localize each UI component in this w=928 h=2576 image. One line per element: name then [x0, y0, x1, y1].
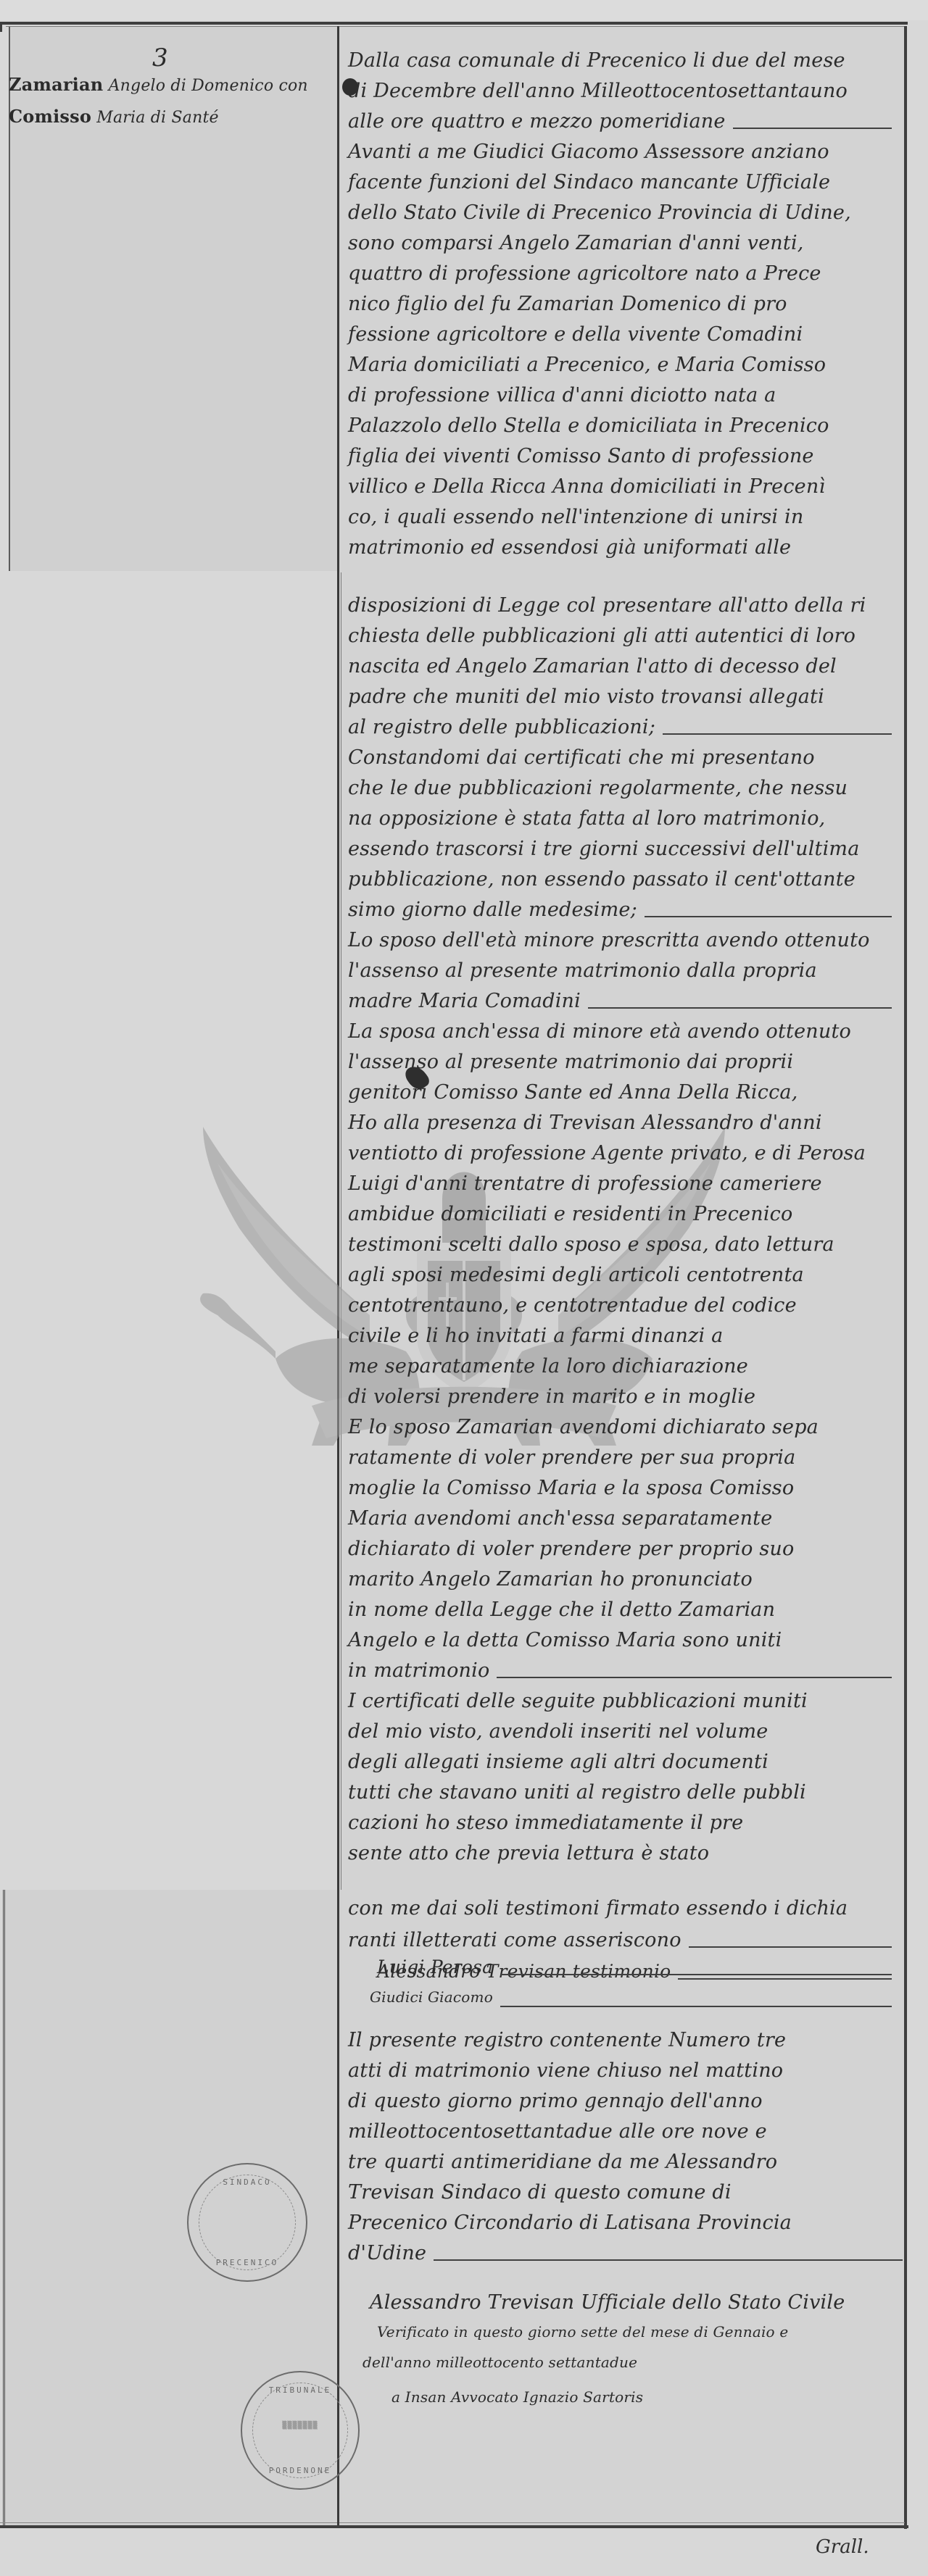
- text-line: in nome della Legge che il detto Zamaria…: [348, 1598, 775, 1621]
- text-line: civile e li ho invitati a farmi dinanzi …: [348, 1325, 723, 1347]
- groom-surname: Zamarian: [9, 74, 103, 95]
- text-line: nascita ed Angelo Zamarian l'atto di dec…: [348, 655, 837, 678]
- margin-heading-line-1: Zamarian Angelo di Domenico con: [9, 74, 308, 95]
- text-line: co, i quali essendo nell'intenzione di u…: [348, 506, 803, 528]
- text-line: che le due pubblicazioni regolarmente, c…: [348, 777, 848, 799]
- line-fill-rule: [434, 2259, 903, 2261]
- text-line: agli sposi medesimi degli articoli cento…: [348, 1264, 804, 1286]
- text-line: La sposa anch'essa di minore età avendo …: [348, 1020, 851, 1043]
- frame-bottom-rule: [0, 2525, 908, 2528]
- frame-right-rule: [904, 26, 907, 2529]
- frame-top-rule-thin: [6, 26, 905, 27]
- tribunal-seal-stamp: TRIBUNALE ▒▒▒▒▒▒▒ PORDENONE: [241, 2371, 360, 2490]
- text-line: Luigi d'anni trentatre di professione ca…: [348, 1172, 822, 1195]
- text-line: matrimonio ed essendosi già uniformati a…: [348, 536, 791, 559]
- text-line: Avanti a me Giudici Giacomo Assessore an…: [348, 141, 829, 163]
- text-line: na opposizione è stata fatta al loro mat…: [348, 807, 825, 830]
- text-line: dell'anno milleottocento settantadue: [362, 2354, 637, 2371]
- municipal-seal-stamp: SINDACO PRECENICO: [187, 2163, 307, 2282]
- text-line: Ho alla presenza di Trevisan Alessandro …: [348, 1112, 822, 1134]
- text-line: di professione villica d'anni diciotto n…: [348, 384, 776, 407]
- text-line: chiesta delle pubblicazioni gli atti aut…: [348, 625, 855, 647]
- text-line: quattro di professione agricoltore nato …: [348, 262, 821, 285]
- text-line: di questo giorno primo gennajo dell'anno: [348, 2090, 763, 2112]
- text-line: Il presente registro contenente Numero t…: [348, 2029, 786, 2051]
- line-fill-rule: [689, 1946, 892, 1948]
- text-line: al registro delle pubblicazioni;: [348, 716, 655, 738]
- text-line: di Decembre dell'anno Milleottocentosett…: [348, 80, 848, 102]
- text-line: testimoni scelti dallo sposo e sposa, da…: [348, 1233, 834, 1256]
- line-fill-rule: [645, 916, 892, 917]
- text-line: con me dai soli testimoni firmato essend…: [348, 1897, 848, 1920]
- text-line: dichiarato di voler prendere per proprio…: [348, 1538, 794, 1560]
- text-line: Giudici Giacomo: [370, 1988, 493, 2006]
- text-line: me separatamente la loro dichiarazione: [348, 1355, 748, 1377]
- text-line: sono comparsi Angelo Zamarian d'anni ven…: [348, 232, 804, 254]
- text-line: Luigi Perosa: [377, 1956, 493, 1977]
- text-line: atti di matrimonio viene chiuso nel matt…: [348, 2059, 783, 2082]
- text-line: Lo sposo dell'età minore prescritta aven…: [348, 929, 870, 951]
- line-fill-rule: [588, 1007, 892, 1009]
- line-fill-rule: [663, 733, 892, 735]
- text-line: nico figlio del fu Zamarian Domenico di …: [348, 293, 787, 315]
- line-fill-rule: [678, 1978, 892, 1980]
- text-line: milleottocentosettantadue alle ore nove …: [348, 2120, 767, 2143]
- footer-signature: Grall.: [816, 2536, 869, 2558]
- line-fill-rule: [500, 2006, 892, 2007]
- text-line: disposizioni di Legge col presentare all…: [348, 594, 866, 617]
- text-line: moglie la Comisso Maria e la sposa Comis…: [348, 1477, 794, 1499]
- text-line: pubblicazione, non essendo passato il ce…: [348, 868, 855, 891]
- entry-number: 3: [152, 43, 168, 72]
- text-line: E lo sposo Zamarian avendomi dichiarato …: [348, 1416, 819, 1438]
- text-line: centotrentauno, e centotrentadue del cod…: [348, 1294, 797, 1317]
- text-line: Palazzolo dello Stella e domiciliata in …: [348, 414, 829, 437]
- margin-heading-line-2: Comisso Maria di Santé: [9, 106, 219, 127]
- text-line: in matrimonio: [348, 1659, 489, 1682]
- text-line: Verificato in questo giorno sette del me…: [377, 2323, 788, 2341]
- line-fill-rule: [497, 1677, 892, 1678]
- text-line: tre quarti antimeridiane da me Alessandr…: [348, 2151, 777, 2173]
- text-line: Alessandro Trevisan Ufficiale dello Stat…: [370, 2291, 845, 2314]
- text-line: del mio visto, avendoli inseriti nel vol…: [348, 1720, 768, 1743]
- groom-name: Angelo di Domenico con: [109, 77, 308, 95]
- text-line: ratamente di voler prendere per sua prop…: [348, 1446, 795, 1469]
- text-line: di volersi prendere in marito e in mogli…: [348, 1385, 755, 1408]
- text-line: Maria avendomi anch'essa separatamente: [348, 1507, 772, 1530]
- text-line: tutti che stavano uniti al registro dell…: [348, 1781, 806, 1804]
- frame-bottom-rule-thin: [0, 2522, 905, 2523]
- text-line: dello Stato Civile di Precenico Provinci…: [348, 201, 851, 224]
- page-top-margin: [0, 0, 928, 20]
- text-line: figlia dei viventi Comisso Santo di prof…: [348, 445, 814, 467]
- bride-surname: Comisso: [9, 106, 91, 127]
- text-line: facente funzioni del Sindaco mancante Uf…: [348, 171, 830, 193]
- text-line: ventiotto di professione Agente privato,…: [348, 1142, 866, 1164]
- text-line: fessione agricoltore e della vivente Com…: [348, 323, 803, 346]
- text-line: Trevisan Sindaco di questo comune di: [348, 2181, 732, 2204]
- text-line: padre che muniti del mio visto trovansi …: [348, 685, 824, 708]
- text-line: degli allegati insieme agli altri docume…: [348, 1751, 768, 1773]
- column-divider: [337, 26, 339, 2525]
- text-line: Maria domiciliati a Precenico, e Maria C…: [348, 354, 826, 376]
- bride-name: Maria di Santé: [96, 109, 218, 127]
- text-line: simo giorno dalle medesime;: [348, 899, 637, 921]
- text-line: essendo trascorsi i tre giorni successiv…: [348, 838, 860, 860]
- column-divider-thin: [341, 572, 341, 1890]
- text-line: ranti illetterati come asseriscono: [348, 1929, 681, 1951]
- text-line: d'Udine: [348, 2242, 426, 2264]
- text-line: Precenico Circondario di Latisana Provin…: [348, 2212, 792, 2234]
- text-line: villico e Della Ricca Anna domiciliati i…: [348, 475, 825, 498]
- ink-blot: [342, 78, 358, 96]
- text-line: a Insan Avvocato Ignazio Sartoris: [391, 2388, 643, 2406]
- text-line: madre Maria Comadini: [348, 990, 581, 1012]
- frame-top-rule: [0, 22, 908, 25]
- text-line: sente atto che previa lettura è stato: [348, 1842, 709, 1864]
- text-line: cazioni ho steso immediatamente il pre: [348, 1812, 743, 1834]
- text-line: ambidue domiciliati e residenti in Prece…: [348, 1203, 792, 1225]
- frame-left-corner: [0, 22, 2, 32]
- text-line: l'assenso al presente matrimonio dalla p…: [348, 959, 817, 982]
- line-fill-rule: [733, 128, 892, 129]
- text-line: Dalla casa comunale di Precenico li due …: [348, 49, 845, 72]
- text-line: Constandomi dai certificati che mi prese…: [348, 746, 815, 769]
- text-line: marito Angelo Zamarian ho pronunciato: [348, 1568, 753, 1591]
- text-line: I certificati delle seguite pubblicazion…: [348, 1690, 808, 1712]
- register-page: 3 Zamarian Angelo di Domenico con Comiss…: [0, 0, 928, 2576]
- line-fill-rule: [500, 1974, 892, 1975]
- text-line: Angelo e la detta Comisso Maria sono uni…: [348, 1629, 782, 1651]
- text-line: alle ore quattro e mezzo pomeridiane: [348, 110, 726, 133]
